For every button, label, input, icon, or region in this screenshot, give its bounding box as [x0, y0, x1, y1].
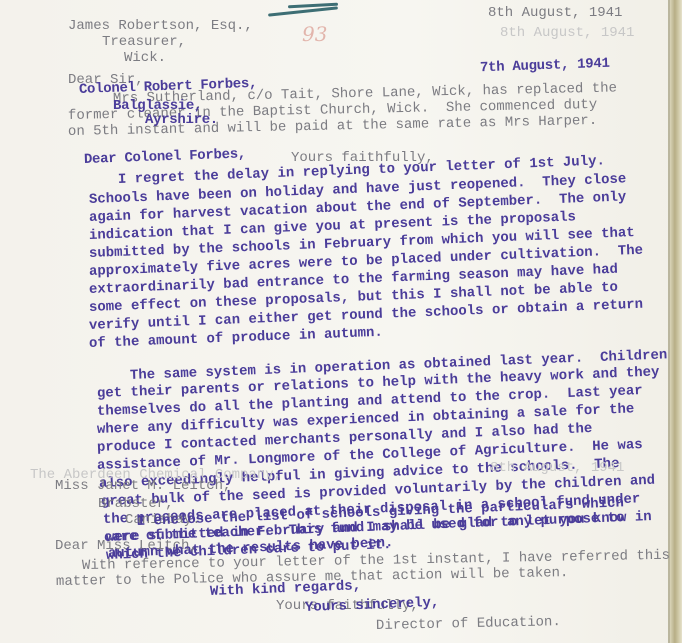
purple-letter-forbes-closing: I enclose the list of schools giving the…: [0, 0, 682, 643]
closing: With kind regards,: [210, 578, 362, 601]
scanned-page: 93 8th August, 1941 8th August, 1941 Jam…: [0, 0, 682, 643]
closing: Yours sincerely,: [305, 595, 440, 617]
